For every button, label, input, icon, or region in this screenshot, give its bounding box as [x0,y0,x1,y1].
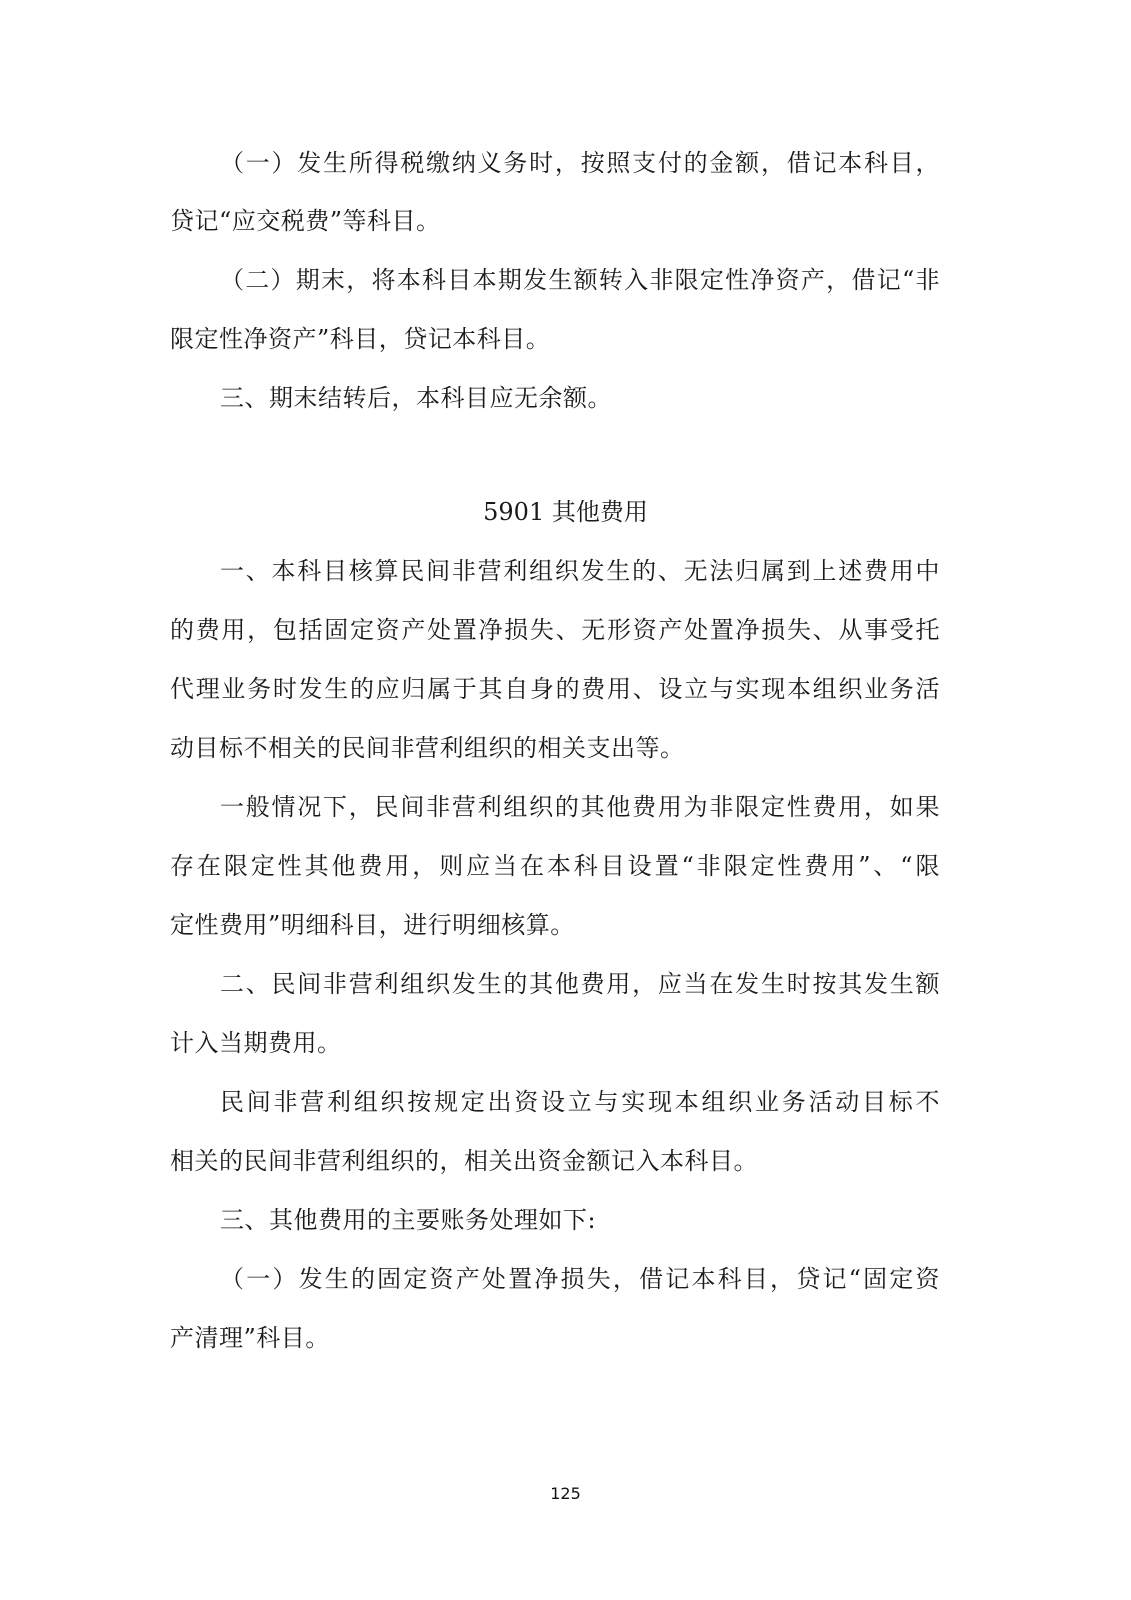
paragraph-line: （二）期末，将本科目本期发生额转入非限定性净资产，借记“非 [220,265,940,295]
paragraph-line: 民间非营利组织按规定出资设立与实现本组织业务活动目标不 [220,1087,940,1117]
paragraph-line: 产清理”科目。 [170,1323,940,1353]
paragraph-line: 计入当期费用。 [170,1028,940,1058]
paragraph-line: 动目标不相关的民间非营利组织的相关支出等。 [170,733,940,763]
page-number: 125 [0,1484,1131,1503]
paragraph-line: 相关的民间非营利组织的，相关出资金额记入本科目。 [170,1146,940,1176]
paragraph-line: 限定性净资产”科目，贷记本科目。 [170,324,940,354]
paragraph-line: 的费用，包括固定资产处置净损失、无形资产处置净损失、从事受托 [170,615,940,645]
paragraph-line: 三、其他费用的主要账务处理如下: [220,1205,940,1235]
paragraph-line: （一）发生的固定资产处置净损失，借记本科目，贷记“固定资 [220,1264,940,1294]
paragraph-line: （一）发生所得税缴纳义务时，按照支付的金额，借记本科目， [220,148,940,178]
paragraph-line: 定性费用”明细科目，进行明细核算。 [170,910,940,940]
section-heading: 5901 其他费用 [0,497,1131,527]
paragraph-line: 二、民间非营利组织发生的其他费用，应当在发生时按其发生额 [220,969,940,999]
paragraph-line: 一、本科目核算民间非营利组织发生的、无法归属到上述费用中 [220,556,940,586]
paragraph-line: 一般情况下，民间非营利组织的其他费用为非限定性费用，如果 [220,792,940,822]
paragraph-line: 三、期末结转后，本科目应无余额。 [220,383,940,413]
paragraph-line: 贷记“应交税费”等科目。 [170,206,940,236]
document-page: （一）发生所得税缴纳义务时，按照支付的金额，借记本科目， 贷记“应交税费”等科目… [0,0,1131,1600]
paragraph-line: 存在限定性其他费用，则应当在本科目设置“非限定性费用”、“限 [170,851,940,881]
paragraph-line: 代理业务时发生的应归属于其自身的费用、设立与实现本组织业务活 [170,674,940,704]
